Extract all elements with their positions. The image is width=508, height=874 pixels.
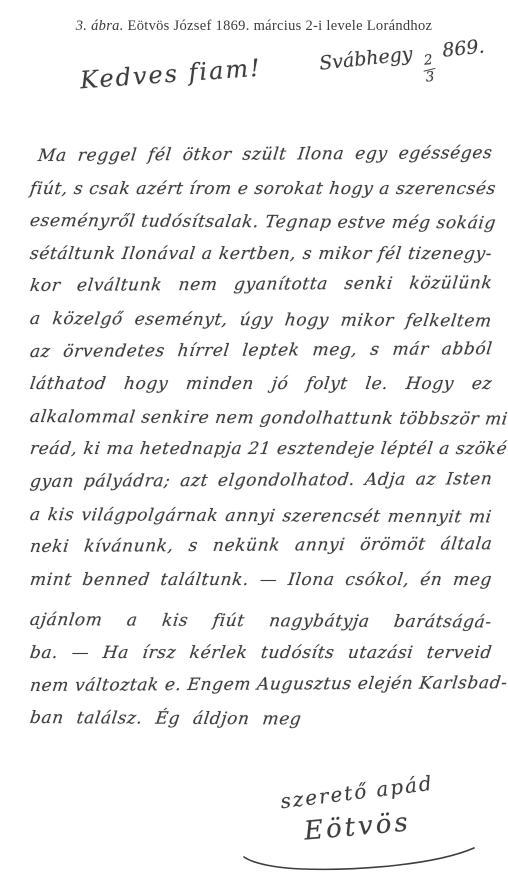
- handwriting-line: alkalommal senkire nem gondolhattunk töb…: [28, 401, 494, 436]
- letter-scan-page: 3. ábra. Eötvös József 1869. március 2-i…: [0, 0, 508, 874]
- letter-body: Ma reggel fél ötkor szült Ilona egy egés…: [30, 140, 492, 735]
- dateline-date-fraction: 2 3: [422, 54, 437, 86]
- handwriting-line: nem változtak e. Engem Augusztus elején …: [28, 667, 494, 702]
- figure-caption: 3. ábra. Eötvös József 1869. március 2-i…: [0, 18, 508, 35]
- handwriting-line: az örvendetes hírrel leptek meg, s már a…: [28, 333, 494, 368]
- salutation: Kedves fiam!: [79, 54, 262, 95]
- handwriting-line: eseményről tudósítsalak. Tegnap estve mé…: [28, 205, 494, 240]
- dateline-month: 3: [425, 71, 435, 86]
- handwriting-line: kor elváltunk nem gyanította senki közül…: [28, 268, 494, 303]
- dateline-year: 869.: [441, 35, 485, 61]
- handwriting-line: gyan pályádra; azt elgondolhatod. Adja a…: [28, 463, 494, 498]
- handwriting-line: ajánlom a kis fiút nagybátyja barátságá-: [28, 604, 494, 639]
- signature-flourish: [242, 844, 478, 874]
- handwritten-dateline: Svábhegy 2 3 869.: [318, 35, 488, 96]
- figure-caption-text: Eötvös József 1869. március 2-i levele L…: [124, 18, 433, 34]
- figure-number: 3. ábra.: [76, 18, 124, 34]
- closing: szerető apád: [279, 771, 435, 814]
- handwriting-line: sétáltunk Ilonával a kertben, s mikor fé…: [28, 238, 494, 271]
- dateline-place: Svábhegy: [318, 43, 413, 75]
- handwriting-line: ban találsz. Ég áldjon meg: [28, 702, 494, 737]
- handwriting-line: neki kívánunk, s nekünk annyi örömöt ált…: [28, 528, 494, 563]
- signature: Eötvös: [303, 807, 412, 846]
- handwriting-line: Ma reggel fél ötkor szült Ilona egy egés…: [28, 137, 494, 172]
- handwriting-line: reád, ki ma hetednapja 21 esztendeje lép…: [28, 433, 494, 466]
- handwriting-line: mint benned találtunk. — Ilona csókol, é…: [28, 564, 494, 597]
- dateline-day: 2: [423, 54, 433, 69]
- handwriting-line: ba. — Ha írsz kérlek tudósíts utazási te…: [28, 637, 494, 670]
- handwriting-line: fiút, s csak azért írom e sorokat hogy a…: [28, 173, 494, 206]
- handwriting-line: láthatod hogy minden jó folyt le. Hogy e…: [28, 368, 494, 401]
